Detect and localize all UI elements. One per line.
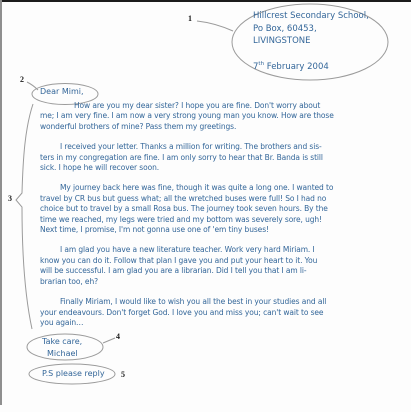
- text-line: I am glad you have a new literature teac…: [40, 245, 378, 255]
- text-line: Hillcrest Secondary School,: [253, 10, 369, 23]
- signature: Michael: [47, 349, 78, 358]
- callout-line-4: [103, 338, 115, 343]
- text-line: time we reached, my legs were tried and …: [40, 215, 378, 225]
- text-line: know you can do it. Follow that plan I g…: [40, 256, 378, 266]
- text-line: your endeavours. Don't forget God. I lov…: [40, 308, 378, 318]
- text-line: I received your letter. Thanks a million…: [40, 142, 378, 152]
- text-line: Next time, I promise, I'm not gonna use …: [40, 225, 378, 235]
- letter-scan-page: 1 2 3 4 5 Hillcrest Secondary School,Po …: [0, 0, 411, 412]
- text-line: choice but to travel by a small Rosa bus…: [40, 204, 378, 214]
- date-line: 7th February 2004: [253, 58, 369, 73]
- text-line: you again…: [40, 318, 378, 328]
- text-line: Po Box, 60453,: [253, 23, 369, 36]
- signoff: Take care,: [42, 337, 82, 346]
- text-line: brarian too, eh?: [40, 277, 378, 287]
- paragraph-5: Finally Miriam, I would like to wish you…: [40, 297, 378, 328]
- sender-address-block: Hillcrest Secondary School,Po Box, 60453…: [253, 10, 369, 73]
- postscript: P.S please reply: [42, 369, 105, 378]
- callout-line-1: [197, 21, 233, 31]
- text-line: will be successful. I am glad you are a …: [40, 266, 378, 276]
- text-line: travel by CR bus but guess what; all the…: [40, 194, 378, 204]
- text-line: How are you my dear sister? I hope you a…: [40, 101, 378, 111]
- paragraph-1: How are you my dear sister? I hope you a…: [40, 101, 378, 132]
- text-line: LIVINGSTONE: [253, 35, 369, 48]
- annotation-label-2: 2: [20, 76, 24, 84]
- text-line: wonderful brothers of mine? Pass them my…: [40, 122, 378, 132]
- letter-body: How are you my dear sister? I hope you a…: [40, 101, 378, 338]
- paragraph-3: My journey back here was fine, though it…: [40, 183, 378, 235]
- paragraph-2: I received your letter. Thanks a million…: [40, 142, 378, 173]
- text-line: ters in my congregation are fine. I am o…: [40, 153, 378, 163]
- text-line: sick. I hope he will recover soon.: [40, 163, 378, 173]
- date-rest: February 2004: [264, 61, 329, 71]
- paragraph-4: I am glad you have a new literature teac…: [40, 245, 378, 287]
- salutation: Dear Mimi,: [40, 87, 84, 96]
- address-lines: Hillcrest Secondary School,Po Box, 60453…: [253, 10, 369, 48]
- annotation-label-3: 3: [8, 195, 12, 203]
- body-brace-annotation: [16, 104, 33, 329]
- text-line: Finally Miriam, I would like to wish you…: [40, 297, 378, 307]
- annotation-label-5: 5: [121, 371, 125, 379]
- callout-line-2: [27, 82, 38, 90]
- text-line: me; I am very fine. I am now a very stro…: [40, 111, 378, 121]
- text-line: My journey back here was fine, though it…: [40, 183, 378, 193]
- annotation-label-1: 1: [188, 15, 192, 23]
